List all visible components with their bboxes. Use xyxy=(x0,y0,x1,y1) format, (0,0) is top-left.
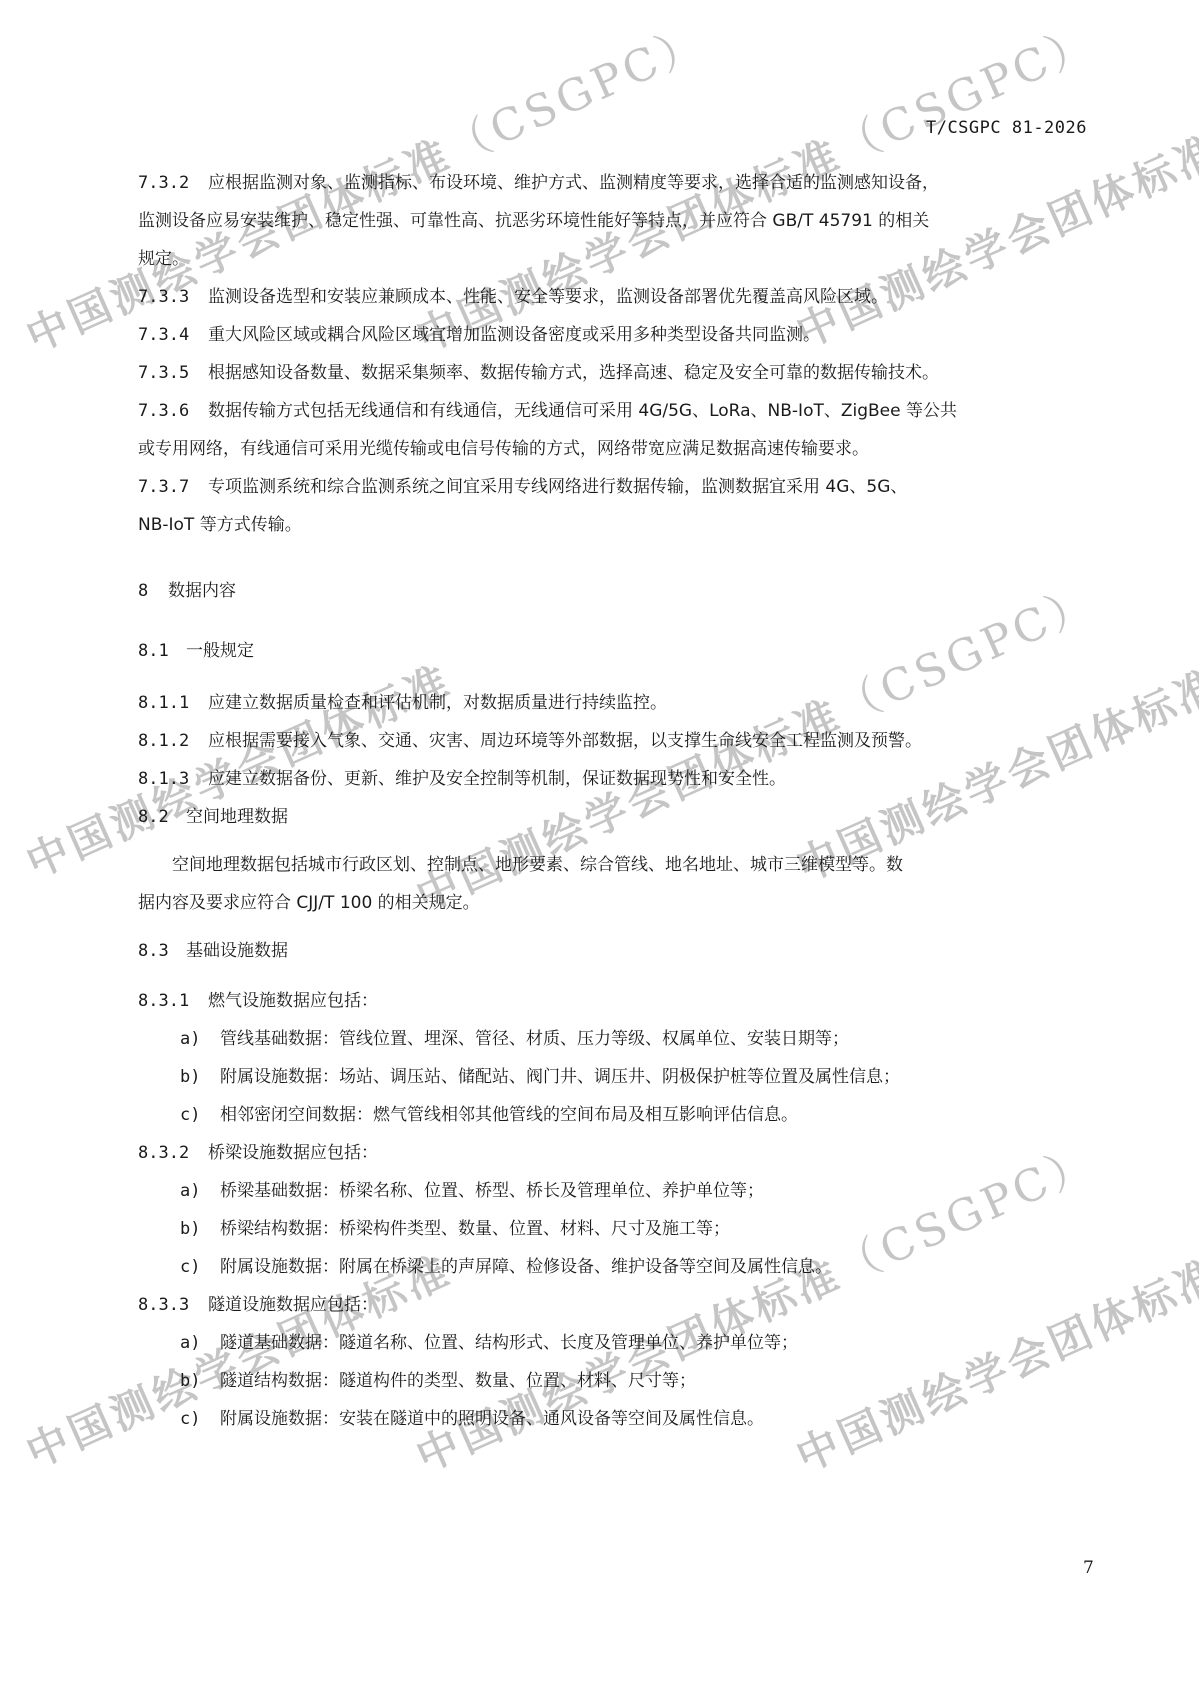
clause-7-3-2-cont: 规定。 xyxy=(138,248,189,270)
section-heading-8: 8数据内容 xyxy=(138,580,236,602)
clause-7-3-3: 7.3.3监测设备选型和安装应兼顾成本、性能、安全等要求，监测设备部署优先覆盖高… xyxy=(138,286,888,308)
section-heading-8-3: 8.3基础设施数据 xyxy=(138,940,288,962)
watermark: 中国测绘学会团体标准（CSGPC） xyxy=(784,1125,1199,1484)
clause-8-1-1: 8.1.1应建立数据质量检查和评估机制，对数据质量进行持续监控。 xyxy=(138,692,667,714)
clause-7-3-2: 7.3.2应根据监测对象、监测指标、布设环境、维护方式、监测精度等要求，选择合适… xyxy=(138,172,939,194)
clause-8-3-2: 8.3.2桥梁设施数据应包括： xyxy=(138,1142,378,1164)
clause-8-3-3: 8.3.3隧道设施数据应包括： xyxy=(138,1294,378,1316)
watermark: 中国测绘学会团体标准 xyxy=(786,118,1199,360)
paragraph-8-2-cont: 据内容及要求应符合 CJJ/T 100 的相关规定。 xyxy=(138,892,480,914)
clause-7-3-7: 7.3.7专项监测系统和综合监测系统之间宜采用专线网络进行数据传输，监测数据宜采… xyxy=(138,476,907,498)
clause-7-3-4: 7.3.4重大风险区域或耦合风险区域宜增加监测设备密度或采用多种类型设备共同监测… xyxy=(138,324,820,346)
list-item: b)附属设施数据：场站、调压站、储配站、阀门井、调压井、阴极保护桩等位置及属性信… xyxy=(138,1066,900,1088)
list-item: b)隧道结构数据：隧道构件的类型、数量、位置、材料、尺寸等； xyxy=(138,1370,696,1392)
list-item: c)相邻密闭空间数据：燃气管线相邻其他管线的空间布局及相互影响评估信息。 xyxy=(138,1104,798,1126)
paragraph-8-2: 空间地理数据包括城市行政区划、控制点、地形要素、综合管线、地名地址、城市三维模型… xyxy=(138,854,903,876)
clause-7-3-5: 7.3.5根据感知设备数量、数据采集频率、数据传输方式，选择高速、稳定及安全可靠… xyxy=(138,362,939,384)
list-item: c)附属设施数据：安装在隧道中的照明设备、通风设备等空间及属性信息。 xyxy=(138,1408,764,1430)
clause-7-3-6-cont: 或专用网络，有线通信可采用光缆传输或电信号传输的方式，网络带宽应满足数据高速传输… xyxy=(138,438,869,460)
document-code: T/CSGPC 81-2026 xyxy=(926,118,1087,138)
clause-8-1-2: 8.1.2应根据需要接入气象、交通、灾害、周边环境等外部数据，以支撑生命线安全工… xyxy=(138,730,922,752)
clause-7-3-6: 7.3.6数据传输方式包括无线通信和有线通信，无线通信可采用 4G/5G、LoR… xyxy=(138,400,957,422)
list-item: a)管线基础数据：管线位置、埋深、管径、材质、压力等级、权属单位、安装日期等； xyxy=(138,1028,849,1050)
watermark: 中国测绘学会团体标准（CSGPC） xyxy=(784,535,1199,894)
section-heading-8-1: 8.1一般规定 xyxy=(138,640,254,662)
list-item: b)桥梁结构数据：桥梁构件类型、数量、位置、材料、尺寸及施工等； xyxy=(138,1218,730,1240)
clause-7-3-7-cont: NB-IoT 等方式传输。 xyxy=(138,514,302,536)
clause-7-3-2-cont: 监测设备应易安装维护、稳定性强、可靠性高、抗恶劣环境性能好等特点，并应符合 GB… xyxy=(138,210,929,232)
list-item: a)桥梁基础数据：桥梁名称、位置、桥型、桥长及管理单位、养护单位等； xyxy=(138,1180,764,1202)
page-number: 7 xyxy=(1083,1558,1094,1578)
document-page: 中国测绘学会团体标准（CSGPC） 中国测绘学会团体标准（CSGPC） 中国测绘… xyxy=(0,0,1199,1696)
list-item: c)附属设施数据：附属在桥梁上的声屏障、检修设备、维护设备等空间及属性信息。 xyxy=(138,1256,832,1278)
section-heading-8-2: 8.2空间地理数据 xyxy=(138,806,288,828)
list-item: a)隧道基础数据：隧道名称、位置、结构形式、长度及管理单位、养护单位等； xyxy=(138,1332,798,1354)
clause-8-3-1: 8.3.1燃气设施数据应包括： xyxy=(138,990,378,1012)
clause-8-1-3: 8.1.3应建立数据备份、更新、维护及安全控制等机制，保证数据现势性和安全性。 xyxy=(138,768,786,790)
